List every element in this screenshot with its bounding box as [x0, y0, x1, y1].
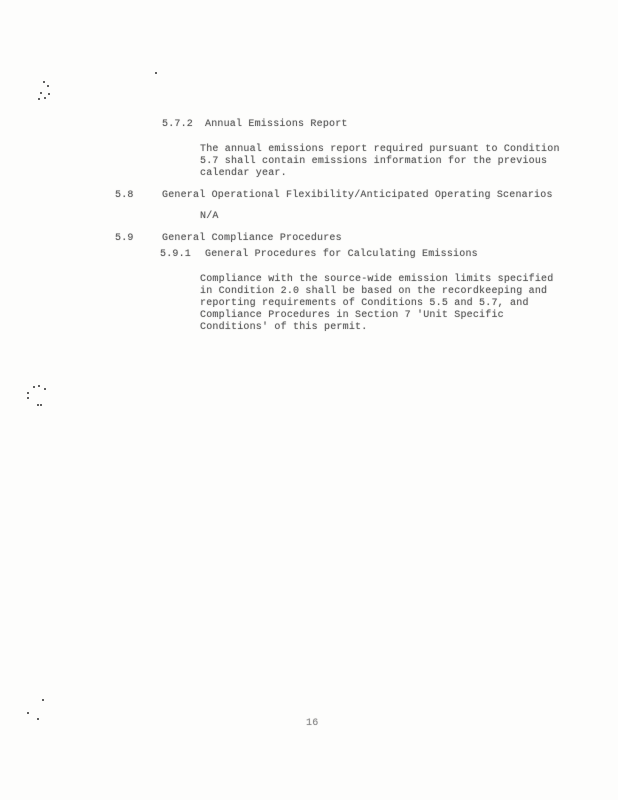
scan-speckle — [38, 98, 40, 100]
scan-speckle — [27, 392, 29, 394]
scan-speckle — [48, 93, 50, 95]
scan-speckle — [37, 718, 39, 720]
section-number: 5.9.1 — [160, 249, 191, 261]
scan-speckle — [33, 386, 35, 388]
scan-speckle — [27, 397, 29, 399]
section-title: General Procedures for Calculating Emiss… — [205, 249, 478, 261]
section-number: 5.7.2 — [162, 119, 193, 131]
scan-speckle — [155, 72, 157, 74]
scan-speckle — [44, 97, 46, 99]
document-page: 5.7.2 Annual Emissions Report The annual… — [0, 0, 618, 800]
scan-speckle — [42, 699, 44, 701]
section-body-paragraph: The annual emissions report required pur… — [200, 144, 560, 180]
section-number: 5.9 — [115, 233, 134, 245]
scan-speckle — [47, 85, 49, 87]
section-body-paragraph: Compliance with the source-wide emission… — [200, 274, 553, 334]
scan-speckle — [38, 385, 40, 387]
section-title: Annual Emissions Report — [205, 119, 348, 131]
section-title: General Compliance Procedures — [162, 233, 342, 245]
section-title: General Operational Flexibility/Anticipa… — [162, 190, 553, 202]
scan-speckle — [37, 404, 39, 406]
scan-speckle — [27, 712, 29, 714]
scan-speckle — [40, 404, 42, 406]
scan-speckle — [43, 81, 45, 83]
section-body-paragraph: N/A — [200, 211, 219, 223]
scan-speckle — [40, 92, 42, 94]
section-number: 5.8 — [115, 190, 134, 202]
page-number: 16 — [306, 718, 318, 730]
scan-speckle — [44, 388, 46, 390]
